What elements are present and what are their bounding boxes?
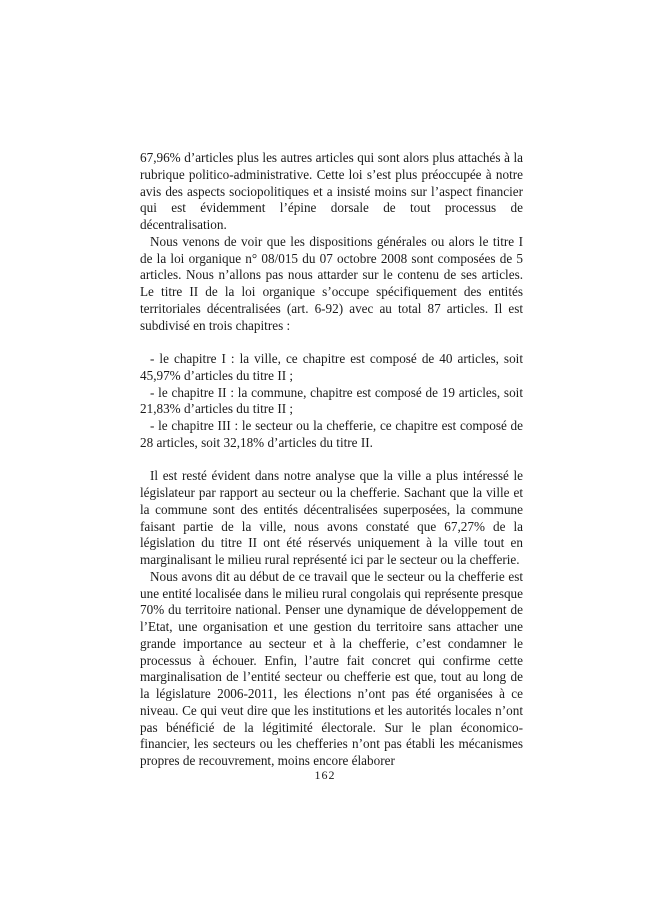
page-number: 162 — [0, 768, 650, 783]
document-page-body: 67,96% d’articles plus les autres articl… — [140, 150, 523, 770]
list-item-chapitre-3: - le chapitre III : le secteur ou la che… — [140, 418, 523, 452]
paragraph-rural-marginalisation: Nous avons dit au début de ce travail qu… — [140, 569, 523, 770]
paragraph-titre-overview: Nous venons de voir que les dispositions… — [140, 234, 523, 335]
list-item-chapitre-1: - le chapitre I : la ville, ce chapitre … — [140, 351, 523, 385]
spacer — [140, 452, 523, 469]
list-item-chapitre-2: - le chapitre II : la commune, chapitre … — [140, 385, 523, 419]
chapter-list: - le chapitre I : la ville, ce chapitre … — [140, 351, 523, 452]
spacer — [140, 334, 523, 351]
paragraph-continuation: 67,96% d’articles plus les autres articl… — [140, 150, 523, 234]
paragraph-analysis: Il est resté évident dans notre analyse … — [140, 468, 523, 569]
